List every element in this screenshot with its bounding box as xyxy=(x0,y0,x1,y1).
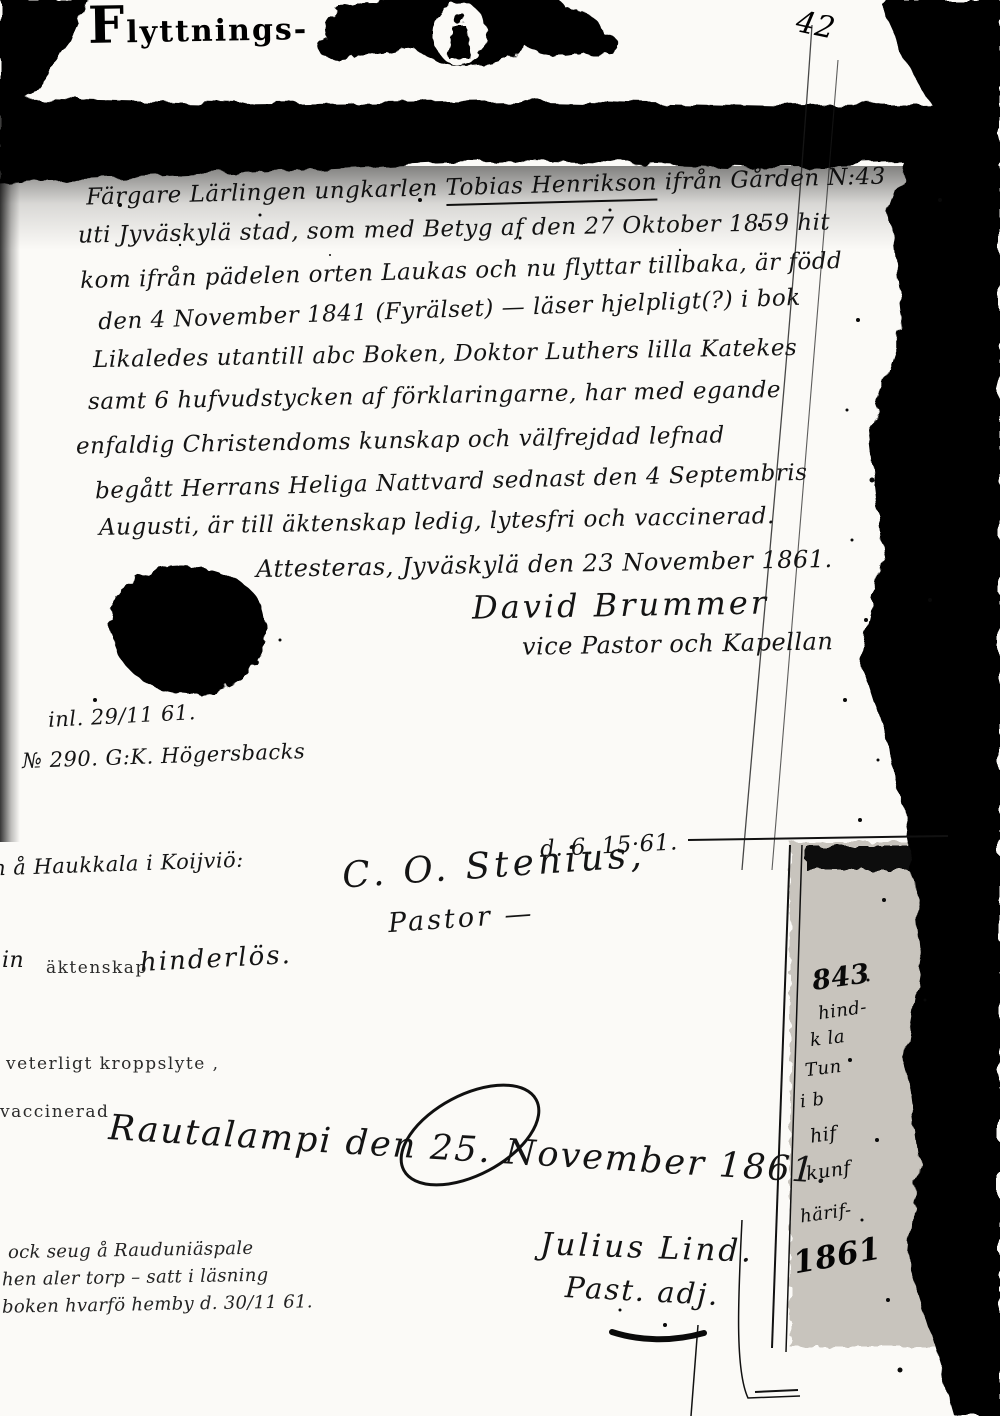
strip-entry: i b xyxy=(799,1089,826,1113)
signature-stenius: C. O. Stenius, xyxy=(341,834,647,896)
letterhead-fragment: Flyttnings- xyxy=(87,0,308,56)
crest-emblem xyxy=(318,0,618,66)
page-number: 42 xyxy=(793,4,839,46)
strip-entry: Tun xyxy=(804,1056,843,1081)
ink-blot xyxy=(110,566,266,695)
signature-title-julius: Past. adj. xyxy=(564,1270,720,1312)
dateline-rautalampi: Rautalampi den 25. November 1861. xyxy=(107,1108,830,1192)
strip-entry: 843 xyxy=(810,958,872,997)
body-line: begått Herrans Heliga Nattvard sednast d… xyxy=(95,460,808,505)
scan-speckles xyxy=(89,198,943,1373)
attestation-line: Attesteras, Jyväskylä den 23 November 18… xyxy=(256,545,833,583)
fold-line xyxy=(742,25,812,870)
bottom-rule-horizontal xyxy=(755,1390,798,1392)
body-line: Augusti, är till äktenskap ledig, lytesf… xyxy=(99,503,775,541)
body-line: Likaledes utantill abc Boken, Doktor Lut… xyxy=(93,335,798,373)
strip-entry: k la xyxy=(809,1026,846,1051)
form-intro-fragment: in xyxy=(2,948,24,973)
strip-entry: kunf xyxy=(805,1157,853,1185)
strip-top-rule xyxy=(688,836,948,840)
signature-julius-lind: Julius Lind. xyxy=(539,1226,754,1269)
strip-left-border xyxy=(772,845,790,1348)
strip-entry: 1861 xyxy=(791,1231,884,1282)
signature-title-brummer: vice Pastor och Kapellan xyxy=(522,627,834,660)
bottom-note: boken hvarfö hemby d. 30/11 61. xyxy=(2,1291,313,1317)
form-value-hinderlos: hinderlös. xyxy=(139,940,292,978)
body-line: den 4 November 1841 (Fyrälset) — läser h… xyxy=(98,285,801,336)
strip-entry: hif xyxy=(809,1122,839,1148)
body-line: enfaldig Christendoms kunskap och välfre… xyxy=(76,422,725,459)
strip-top-shadow xyxy=(806,846,946,870)
body-line: samt 6 hufvudstycken af förklaringarne, … xyxy=(88,377,781,415)
scan-corner-top-left xyxy=(0,0,88,122)
scan-corner-top-right xyxy=(878,0,1000,140)
bottom-note: ock seug å Rauduniäspale xyxy=(8,1238,254,1263)
form-label-aktenskap: äktenskap xyxy=(46,958,148,978)
scan-band-smudge xyxy=(0,166,1000,250)
strip-entry: hind- xyxy=(817,997,868,1025)
bottom-note: hen aler torp – satt i läsning xyxy=(2,1265,269,1291)
signature-david-brummer: David Brummer xyxy=(472,583,770,626)
form-label-kroppslyte: veterligt kroppslyte , xyxy=(6,1054,220,1074)
strip-entry: härif- xyxy=(799,1199,853,1227)
form-label-vaccinerad: vaccinerad . xyxy=(0,1102,123,1122)
left-edge-fragment: n å Haukkala i Koijviö: xyxy=(0,848,244,881)
certificate-title: Flyttnings Betyg № 88 för år 1861 xyxy=(212,105,730,158)
bottom-rule-vertical xyxy=(691,1325,698,1416)
margin-note-register: № 290. G:K. Högersbacks xyxy=(22,739,306,773)
signature-title-stenius: Pastor — xyxy=(387,898,535,939)
margin-note-received: inl. 29/11 61. xyxy=(47,700,196,732)
signature-underline-flourish xyxy=(612,1332,704,1339)
scanned-certificate-page: Flyttnings- 42 Flyttnings Betyg № 88 för… xyxy=(0,0,1000,1416)
